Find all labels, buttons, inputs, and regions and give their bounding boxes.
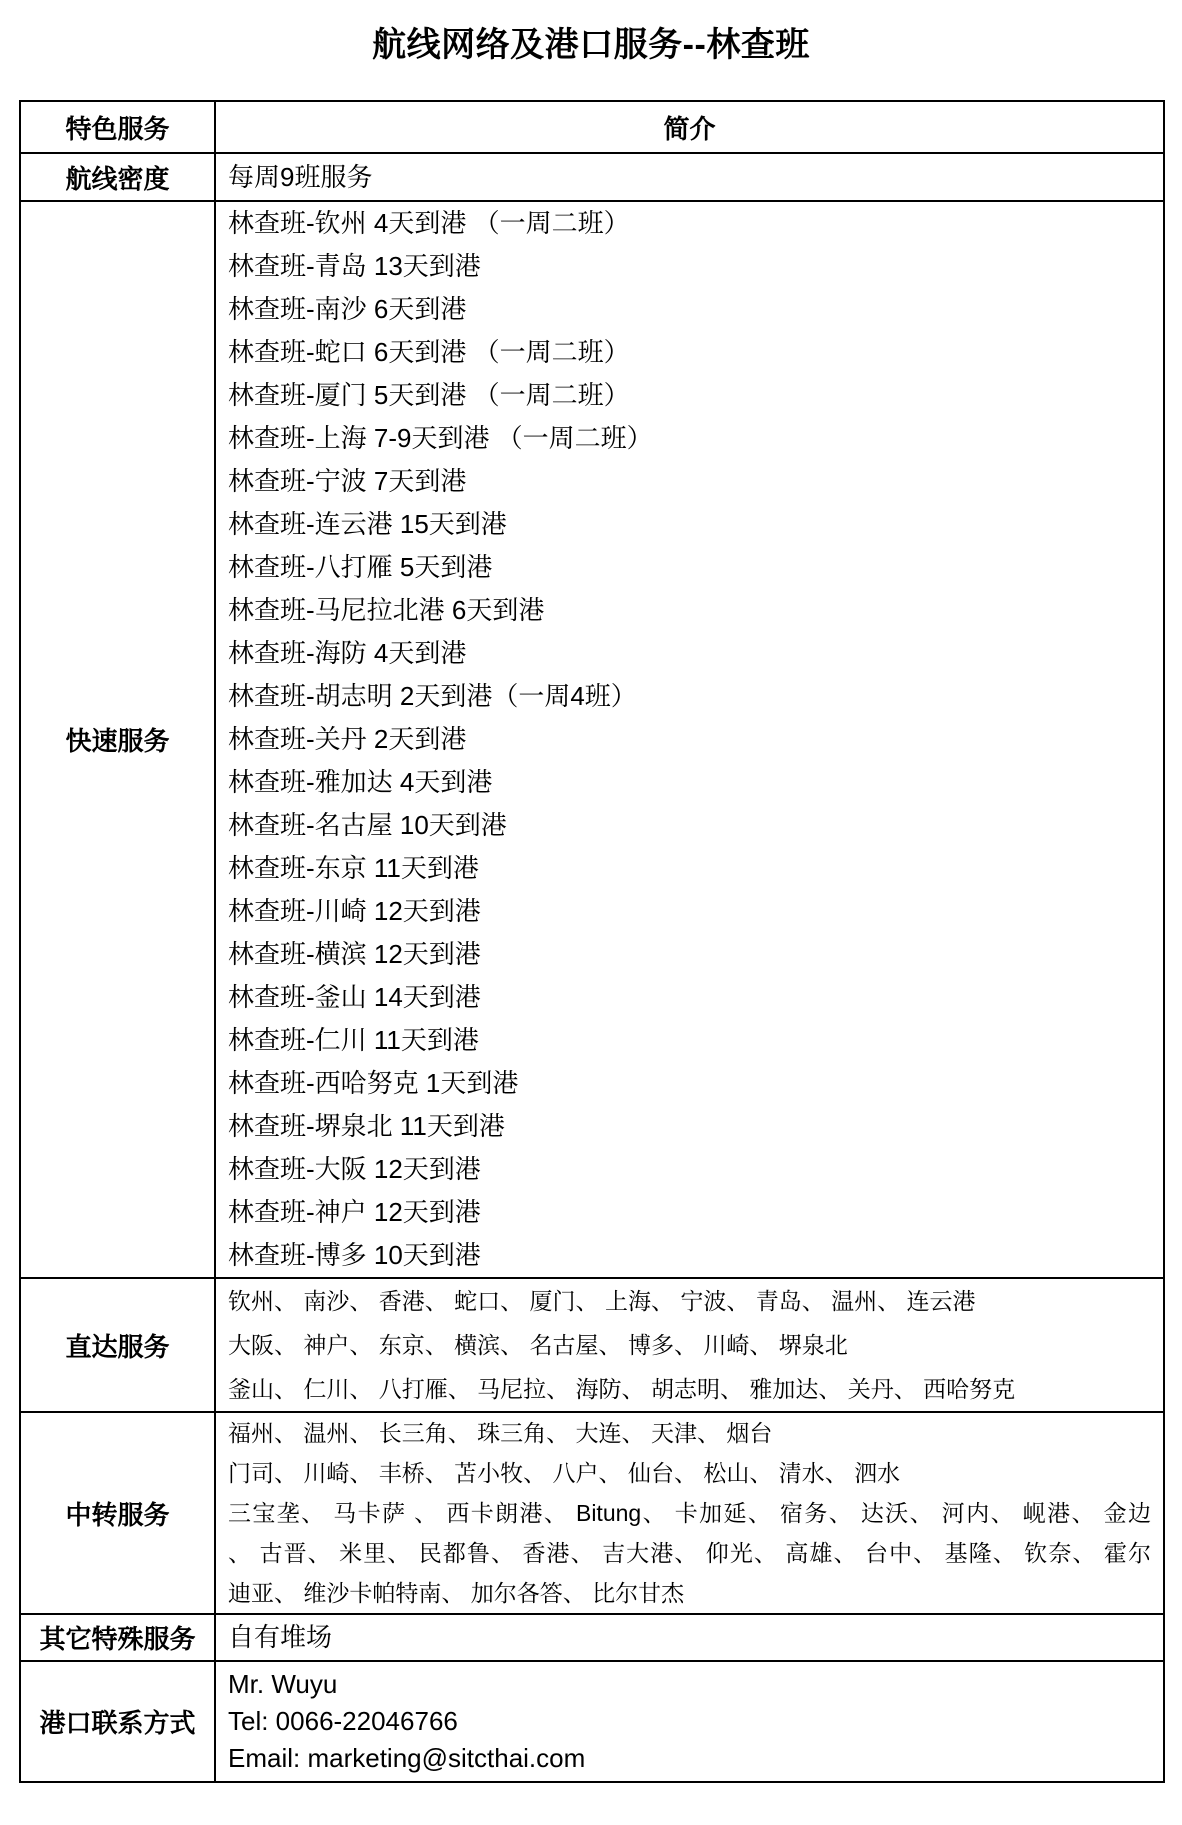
row-express-service: 快速服务 林查班-钦州 4天到港 （一周二班）林查班-青岛 13天到港林查班-南… bbox=[20, 201, 1164, 1278]
route-line: 林查班-横滨 12天到港 bbox=[228, 933, 1151, 976]
route-line: 林查班-博多 10天到港 bbox=[228, 1234, 1151, 1277]
row-content-other-special-service: 自有堆场 bbox=[215, 1614, 1164, 1661]
port-list-line: 三宝垄、 马卡萨 、 西卡朗港、 Bitung、 卡加延、 宿务、 达沃、 河内… bbox=[228, 1493, 1151, 1533]
row-port-contact: 港口联系方式 Mr. WuyuTel: 0066-22046766Email: … bbox=[20, 1661, 1164, 1782]
row-label-transshipment-service: 中转服务 bbox=[20, 1412, 215, 1614]
route-line: 林查班-关丹 2天到港 bbox=[228, 718, 1151, 761]
route-line: 林查班-马尼拉北港 6天到港 bbox=[228, 589, 1151, 632]
row-content-port-contact: Mr. WuyuTel: 0066-22046766Email: marketi… bbox=[215, 1661, 1164, 1782]
port-list-line: 钦州、 南沙、 香港、 蛇口、 厦门、 上海、 宁波、 青岛、 温州、 连云港 bbox=[228, 1279, 1151, 1323]
row-label-port-contact: 港口联系方式 bbox=[20, 1661, 215, 1782]
port-list-line: 、 古晋、 米里、 民都鲁、 香港、 吉大港、 仰光、 高雄、 台中、 基隆、 … bbox=[228, 1533, 1151, 1573]
route-line: 林查班-川崎 12天到港 bbox=[228, 890, 1151, 933]
route-line: 林查班-西哈努克 1天到港 bbox=[228, 1062, 1151, 1105]
route-line: 林查班-釜山 14天到港 bbox=[228, 976, 1151, 1019]
row-label-express-service: 快速服务 bbox=[20, 201, 215, 1278]
port-list-line: 福州、 温州、 长三角、 珠三角、 大连、 天津、 烟台 bbox=[228, 1413, 1151, 1453]
route-line: 林查班-名古屋 10天到港 bbox=[228, 804, 1151, 847]
port-list-line: 门司、 川崎、 丰桥、 苫小牧、 八户、 仙台、 松山、 清水、 泗水 bbox=[228, 1453, 1151, 1493]
route-line: 林查班-钦州 4天到港 （一周二班） bbox=[228, 202, 1151, 245]
port-list-line: 釜山、 仁川、 八打雁、 马尼拉、 海防、 胡志明、 雅加达、 关丹、 西哈努克 bbox=[228, 1367, 1151, 1411]
port-list-line: 迪亚、 维沙卡帕特南、 加尔各答、 比尔甘杰 bbox=[228, 1573, 1151, 1613]
route-line: 林查班-南沙 6天到港 bbox=[228, 288, 1151, 331]
route-line: 林查班-八打雁 5天到港 bbox=[228, 546, 1151, 589]
row-route-density: 航线密度 每周9班服务 bbox=[20, 153, 1164, 201]
contact-line: Tel: 0066-22046766 bbox=[228, 1703, 1151, 1740]
row-content-direct-service: 钦州、 南沙、 香港、 蛇口、 厦门、 上海、 宁波、 青岛、 温州、 连云港大… bbox=[215, 1278, 1164, 1412]
route-line: 林查班-海防 4天到港 bbox=[228, 632, 1151, 675]
contact-line: Email: marketing@sitcthai.com bbox=[228, 1740, 1151, 1777]
route-line: 林查班-厦门 5天到港 （一周二班） bbox=[228, 374, 1151, 417]
content-line: 自有堆场 bbox=[228, 1615, 1151, 1660]
route-line: 林查班-上海 7-9天到港 （一周二班） bbox=[228, 417, 1151, 460]
row-other-special-service: 其它特殊服务 自有堆场 bbox=[20, 1614, 1164, 1661]
route-line: 林查班-蛇口 6天到港 （一周二班） bbox=[228, 331, 1151, 374]
route-line: 林查班-雅加达 4天到港 bbox=[228, 761, 1151, 804]
row-content-transshipment-service: 福州、 温州、 长三角、 珠三角、 大连、 天津、 烟台门司、 川崎、 丰桥、 … bbox=[215, 1412, 1164, 1614]
route-line: 林查班-神户 12天到港 bbox=[228, 1191, 1151, 1234]
route-line: 林查班-胡志明 2天到港（一周4班） bbox=[228, 675, 1151, 718]
row-label-other-special-service: 其它特殊服务 bbox=[20, 1614, 215, 1661]
route-line: 林查班-连云港 15天到港 bbox=[228, 503, 1151, 546]
route-line: 林查班-东京 11天到港 bbox=[228, 847, 1151, 890]
route-line: 林查班-堺泉北 11天到港 bbox=[228, 1105, 1151, 1148]
row-content-route-density: 每周9班服务 bbox=[215, 153, 1164, 201]
content-line: 每周9班服务 bbox=[228, 154, 1151, 200]
contact-line: Mr. Wuyu bbox=[228, 1666, 1151, 1703]
document-page: 航线网络及港口服务--林查班 特色服务 简介 航线密度 每周9班服务 快速服务 … bbox=[0, 0, 1182, 1825]
port-list-line: 大阪、 神户、 东京、 横滨、 名古屋、 博多、 川崎、 堺泉北 bbox=[228, 1323, 1151, 1367]
route-line: 林查班-大阪 12天到港 bbox=[228, 1148, 1151, 1191]
route-line: 林查班-宁波 7天到港 bbox=[228, 460, 1151, 503]
route-line: 林查班-青岛 13天到港 bbox=[228, 245, 1151, 288]
row-direct-service: 直达服务 钦州、 南沙、 香港、 蛇口、 厦门、 上海、 宁波、 青岛、 温州、… bbox=[20, 1278, 1164, 1412]
table-header-row: 特色服务 简介 bbox=[20, 101, 1164, 153]
header-intro: 简介 bbox=[215, 101, 1164, 153]
header-feature-services: 特色服务 bbox=[20, 101, 215, 153]
route-line: 林查班-仁川 11天到港 bbox=[228, 1019, 1151, 1062]
row-label-direct-service: 直达服务 bbox=[20, 1278, 215, 1412]
row-content-express-service: 林查班-钦州 4天到港 （一周二班）林查班-青岛 13天到港林查班-南沙 6天到… bbox=[215, 201, 1164, 1278]
page-title: 航线网络及港口服务--林查班 bbox=[0, 28, 1182, 62]
services-table: 特色服务 简介 航线密度 每周9班服务 快速服务 林查班-钦州 4天到港 （一周… bbox=[19, 100, 1165, 1783]
row-transshipment-service: 中转服务 福州、 温州、 长三角、 珠三角、 大连、 天津、 烟台门司、 川崎、… bbox=[20, 1412, 1164, 1614]
row-label-route-density: 航线密度 bbox=[20, 153, 215, 201]
